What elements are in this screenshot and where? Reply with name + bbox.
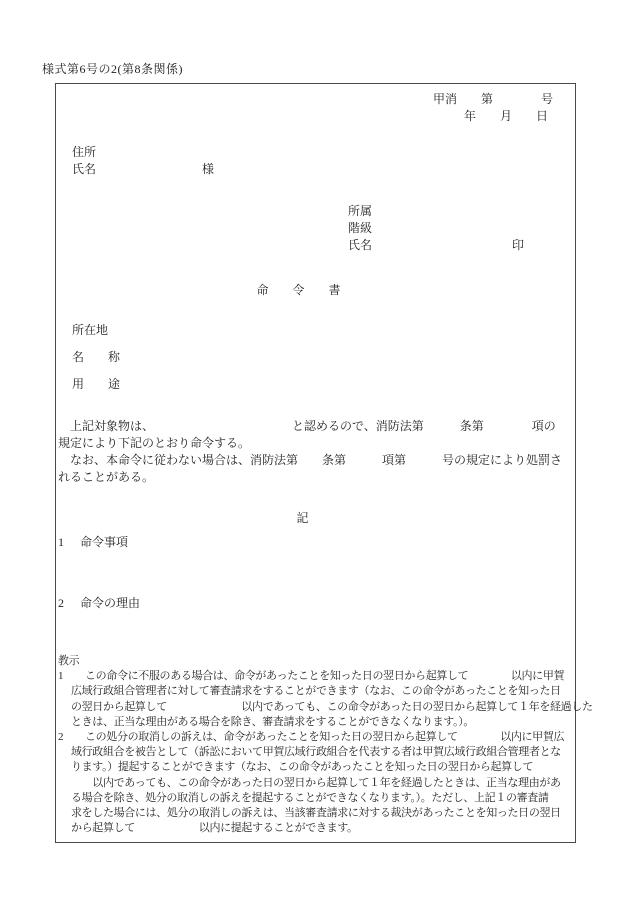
- property-block: 所在地 名 称 用 途: [72, 317, 573, 398]
- record-item-label: 命令の理由: [80, 596, 140, 610]
- form-style-label: 様式第6号の2(第8条関係): [42, 60, 183, 77]
- order-body-paragraph: 上記対象物は、 と認めるので、消防法第 条第 項の 規定により下記のとおり命令す…: [58, 418, 573, 486]
- issuer-block: 所属 階級 氏名印: [348, 203, 573, 254]
- appeal-item-1-line: 1この命令に不服のある場合は、命令があったことを知った日の翌日から起算して 以内…: [58, 669, 573, 684]
- appeal-item-1-line: 広域行政組合管理者に対して審査請求をすることができます（なお、この命令があったこ…: [58, 684, 573, 699]
- record-item-number: 1: [58, 535, 64, 549]
- document-page: { "form_label": "様式第6号の2(第8条関係)", "heade…: [0, 0, 630, 903]
- appeal-item-2-line: 域行政組合を被告として（訴訟において甲賀広域行政組合を代表する者は甲賀広域行政組…: [58, 745, 573, 760]
- seal-mark: 印: [512, 238, 524, 252]
- body-line: 上記対象物は、 と認めるので、消防法第 条第 項の: [58, 418, 573, 435]
- property-location-label: 所在地: [72, 317, 573, 344]
- record-item-number: 2: [58, 596, 64, 610]
- property-name-label: 名 称: [72, 344, 573, 371]
- appeal-item-1-line: の翌日から起算して 以内であっても、この命令があった日の翌日から起算して１年を経…: [58, 700, 573, 715]
- property-use-label: 用 途: [72, 371, 573, 398]
- document-title: 命 令 書: [58, 282, 539, 299]
- appeal-instructions-block: 教示 1この命令に不服のある場合は、命令があったことを知った日の翌日から起算して…: [58, 654, 573, 836]
- appeal-item-number: 2: [58, 730, 64, 745]
- appeal-item-2-line: る場合を除き、処分の取消しの訴えを提起することができなくなります。）。ただし、上…: [58, 791, 573, 806]
- issuer-name-line: 氏名印: [348, 237, 573, 254]
- recipient-honorific: 様: [202, 162, 214, 176]
- recipient-name-line: 氏名様: [72, 161, 573, 178]
- appeal-item-number: 1: [58, 669, 64, 684]
- body-line: 規定により下記のとおり命令する。: [58, 435, 573, 452]
- appeal-item-2-line: 求をした場合には、処分の取消しの訴えは、当該審査請求に対する裁決があったことを知…: [58, 806, 573, 821]
- recipient-address-label: 住所: [72, 144, 573, 161]
- appeal-instructions-heading: 教示: [58, 654, 573, 669]
- recipient-name-label: 氏名: [72, 162, 96, 176]
- appeal-item-text: この命令に不服のある場合は、命令があったことを知った日の翌日から起算して 以内に…: [85, 670, 564, 682]
- appeal-item-1-line: ときは、正当な理由がある場合を除き、審査請求をすることができなくなります。）。: [58, 715, 573, 730]
- record-item-order-details: 1命令事項: [58, 534, 573, 551]
- body-line: れることがある。: [58, 469, 573, 486]
- issuer-affiliation-label: 所属: [348, 203, 573, 220]
- issuer-name-label: 氏名: [348, 238, 372, 252]
- record-item-order-reason: 2命令の理由: [58, 595, 573, 612]
- issuer-rank-label: 階級: [348, 220, 573, 237]
- appeal-item-2-line: から起算して 以内に提起することができます。: [58, 821, 573, 836]
- record-item-label: 命令事項: [80, 535, 128, 549]
- appeal-item-2-line: ります。）提起することができます（なお、この命令があったことを知った日の翌日から…: [58, 760, 573, 775]
- appeal-item-2-line: 2この処分の取消しの訴えは、命令があったことを知った日の翌日から起算して 以内に…: [58, 730, 573, 745]
- document-border-box: 甲消 第 号 年 月 日 住所 氏名様 所属 階級 氏名印 命 令 書 所在地 …: [55, 83, 576, 843]
- recipient-block: 住所 氏名様: [72, 144, 573, 178]
- appeal-item-text: この処分の取消しの訴えは、命令があったことを知った日の翌日から起算して 以内に甲…: [85, 731, 564, 743]
- ki-marker: 記: [58, 510, 547, 527]
- document-number-line: 甲消 第 号: [58, 91, 573, 108]
- appeal-item-2-line: 以内であっても、この命令があった日の翌日から起算して１年を経過したときは、正当な…: [58, 776, 573, 791]
- date-line: 年 月 日: [58, 108, 573, 125]
- body-line: なお、本命令に従わない場合は、消防法第 条第 項第 号の規定により処罰さ: [58, 452, 573, 469]
